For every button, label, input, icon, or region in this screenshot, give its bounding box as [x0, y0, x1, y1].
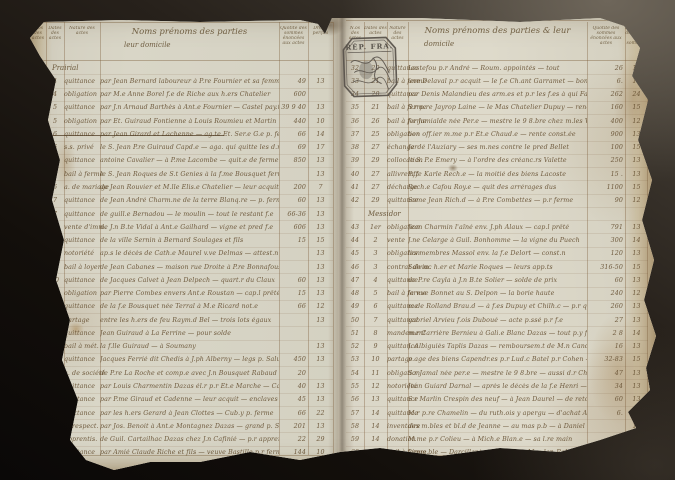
day-cell: 25 [364, 131, 387, 138]
names-cell: ben off.ier m.me p.r Et.e Chaud.e — rent… [408, 131, 587, 138]
day-cell: 27 [364, 171, 387, 178]
column-header-nature: Nature des actes [64, 26, 100, 59]
nature-cell: notoriété [64, 250, 100, 257]
nature-cell: quittance [64, 211, 100, 218]
duty-cell: 13 [308, 317, 333, 324]
sum-cell: 201 [279, 423, 308, 430]
nature-cell: décharge [387, 184, 408, 191]
day-cell: 27 [364, 144, 387, 151]
duty-cell: 13 [308, 356, 333, 363]
nature-cell: quittance [387, 303, 408, 310]
row-number-cell: 40 [346, 171, 364, 178]
register-row: 5814inventairedes m.bles et bl.d de Jean… [346, 420, 648, 433]
register-row: 2817apprentis.de Guil. Cartailhac Dazas … [30, 433, 333, 446]
duty-cell: 15 [625, 184, 648, 191]
nature-cell: a. de mariage [64, 184, 100, 191]
nature-cell: obligation [387, 370, 408, 377]
day-cell: 5 [364, 290, 387, 297]
duty-cell: 13 [308, 264, 333, 271]
sum-cell: 1100 [587, 184, 625, 191]
row-number-cell: 57 [346, 410, 364, 417]
sum-cell: 6. [587, 410, 625, 417]
names-cell: par Jean Bernard laboureur à P.re Fourni… [100, 78, 279, 85]
duty-cell: 13 [625, 303, 648, 310]
day-cell: 29 [364, 197, 387, 204]
register-row: 24obligationpar M.e Anne Borel f.e de Ri… [30, 89, 333, 102]
duty-cell: 13 [625, 383, 648, 390]
names-cell: de Guil. Cartailhac Dazas chez J.n Cafin… [100, 436, 279, 443]
row-number-cell: 46 [346, 264, 364, 271]
month-subheader-row: Prairial [30, 62, 333, 75]
names-cell: Jean Guiard Darnal — après le décès de l… [408, 383, 587, 390]
duty-cell: 12 [308, 303, 333, 310]
duty-cell: 12 [625, 290, 648, 297]
duty-cell: 29 [308, 436, 333, 443]
names-cell: par Denis Malandieu des arm.es et p.r le… [408, 91, 587, 98]
sum-cell: 15 [279, 290, 308, 297]
register-row: 5714quittanceM.r p.re Chamelin — du ruth… [346, 407, 648, 420]
sum-cell: 400 [587, 118, 625, 125]
names-cell: gabriel Arvieu f.ois Duboué — acte p.ssé… [408, 317, 587, 324]
sum-cell: 144 [279, 449, 308, 456]
names-cell: de Jean Cabanes — maison rue Droite à P.… [100, 264, 279, 271]
sum-cell: 47 [587, 370, 625, 377]
sum-cell: 66 [279, 131, 308, 138]
sum-cell: 450 [279, 356, 308, 363]
names-cell: S.r p.re Jayrop Laine — le Mas Chatelier… [408, 104, 587, 111]
table-top-rule [30, 22, 333, 23]
sum-cell: 45 [279, 396, 308, 403]
register-row: 529quittanceJ. Albiguiès Taplis Dazas — … [346, 341, 648, 354]
row-number-cell: 53 [346, 356, 364, 363]
register-row: 76quittanceantoine Cavalier — à P.me Lac… [30, 155, 333, 168]
row-number-cell: 45 [346, 250, 364, 257]
duty-cell: 13 [308, 290, 333, 297]
duty-cell: 13 [308, 104, 333, 111]
nature-cell: quittance [64, 104, 100, 111]
duty-cell: 13 [308, 396, 333, 403]
names-cell: J. Albiguiès Taplis Dazas — remboursem.t… [408, 343, 587, 350]
nature-cell: collocation [387, 157, 408, 164]
register-row: 5310partagep.age des biens Capendr.es p.… [346, 354, 648, 367]
sum-cell: 90 [587, 197, 625, 204]
names-cell: de Jacques Calvet à Jean Delpech — quart… [100, 277, 279, 284]
day-cell: 9 [364, 343, 387, 350]
sum-cell: 15 . [587, 171, 625, 178]
sum-cell: 200 [279, 184, 308, 191]
nature-cell: quittance [387, 396, 408, 403]
day-cell: 14 [364, 423, 387, 430]
names-cell: Some Jean Rich.d — à P.re Combettes — p.… [408, 197, 587, 204]
register-row: 507quittancegabriel Arvieu f.ois Duboué … [346, 314, 648, 327]
names-cell: Jean Charmin l'aîné env. J.ph Alaux — ca… [408, 224, 587, 231]
names-cell: Jacques Ferrié dit Chedis à J.ph Alberny… [100, 356, 279, 363]
nature-cell: quittance [387, 197, 408, 204]
sum-cell: 6. [587, 78, 625, 85]
names-cell: par Louis Charmentin Dazas él.r p.r Et.e… [100, 383, 279, 390]
sum-cell: 66 [279, 410, 308, 417]
names-cell: Lestefou p.r André — Roum. appointés — t… [408, 65, 587, 72]
names-cell: par Pierre Combes envers Ant.e Roustan —… [100, 290, 279, 297]
row-number-cell: 36 [346, 118, 364, 125]
names-cell: J.ne Celarge à Guil. Bonhomme — la vigne… [408, 237, 587, 244]
month-label: Prairial [52, 64, 78, 72]
day-cell: 3 [364, 250, 387, 257]
register-row: 2011quittanceJean Guiraud à La Ferrine —… [30, 327, 333, 340]
column-header-names: Noms prénoms des parties & leur [408, 26, 587, 38]
sum-cell: 260 [587, 303, 625, 310]
sum-cell: 262 [587, 91, 625, 98]
row-number-cell: 47 [346, 277, 364, 284]
column-header-sums: Quotité des sommes énoncées aux actes [587, 26, 625, 59]
nature-cell: quittance [64, 356, 100, 363]
register-row: 4127déchargeRech.e Cafou Roy.e — quit de… [346, 181, 648, 194]
duty-cell: 17 [308, 144, 333, 151]
day-cell: 11 [364, 370, 387, 377]
duty-cell: 15 [625, 356, 648, 363]
names-cell: le S. Jean Roques de S.t Genies à la f.m… [100, 171, 279, 178]
duty-cell: 15 [625, 264, 648, 271]
nature-cell: bail à loyer [64, 264, 100, 271]
row-number-cell: 59 [346, 436, 364, 443]
register-row: 138quittancede la ville Sernin à Bernard… [30, 234, 333, 247]
register-row: 2212quittanceJacques Ferrié dit Chedis à… [30, 354, 333, 367]
sum-cell: 32-83 [587, 356, 625, 363]
day-cell: 13 [364, 396, 387, 403]
sum-cell: 27 [587, 317, 625, 324]
nature-cell: inventaire [387, 423, 408, 430]
register-row: 2312a. de sociétéde P.re La Roche et com… [30, 367, 333, 380]
nature-cell: quittance [64, 277, 100, 284]
sum-cell: 606 [279, 224, 308, 231]
duty-cell: 14 [625, 237, 648, 244]
names-cell: m.r Carrière Bernieu à Gali.e Blanc Daza… [408, 330, 587, 337]
register-row: 45obligationpar Et. Guiraud Fontienne à … [30, 115, 333, 128]
register-row: 1810quittancede la f.e Bousquet née Terr… [30, 301, 333, 314]
names-cell: la f.lle Guiraud — à Soumany [100, 343, 279, 350]
nature-cell: quittance [387, 343, 408, 350]
names-cell: antoine Cavalier — à P.me Lacombe — quit… [100, 157, 279, 164]
duty-cell: 13 [625, 277, 648, 284]
day-cell: 14 [364, 410, 387, 417]
register-row: 5613quittanceS.r Marlin Crespin des neuf… [346, 394, 648, 407]
register-row: 3827échangefardé l'Auziary — ses m.nes c… [346, 142, 648, 155]
names-cell: Rech.e Cafou Roy.e — quit des arrérages … [408, 184, 587, 191]
register-row: 149notoriétéap.s le décès de Cath.e Maur… [30, 248, 333, 261]
names-cell: de guill.e Bernadou — le moulin — tout l… [100, 211, 279, 218]
row-number-cell: 42 [346, 197, 364, 204]
names-cell: de Jean Rouvier et M.lle Élis.e Chatelie… [100, 184, 279, 191]
duty-cell: 22 [308, 410, 333, 417]
names-cell: de Jean André Charm.ne de la terre Blanq… [100, 197, 279, 204]
month-label: Messidor [368, 210, 401, 218]
row-number-cell: 38 [346, 144, 364, 151]
duty-cell: 13 [625, 250, 648, 257]
nature-cell: contrat de m. [387, 264, 408, 271]
revenue-stamp: RÉP. FRA. [341, 35, 399, 99]
duty-cell: 13 [308, 197, 333, 204]
nature-cell: obligation [387, 250, 408, 257]
row-number-cell: 43 [346, 224, 364, 231]
duty-cell: 13 [308, 78, 333, 85]
sum-cell: 316-50 [587, 264, 625, 271]
names-cell: fardé l'Auziary — ses m.nes contre le pr… [408, 144, 587, 151]
register-row: 442venteJ.ne Celarge à Guil. Bonhomme — … [346, 234, 648, 247]
sum-cell: 600 [279, 91, 308, 98]
names-cell: de la ville Sernin à Bernard Soulages et… [100, 237, 279, 244]
row-number-cell: 41 [346, 184, 364, 191]
names-cell: entre les h.ers de feu Raym.d Bel — troi… [100, 317, 279, 324]
sum-cell: 20 [279, 370, 308, 377]
register-row: 3521bail à fermeS.r p.re Jayrop Laine — … [346, 102, 648, 115]
names-cell: de la f.e Bousquet née Terral à M.e Rica… [100, 303, 279, 310]
row-number-cell: 37 [346, 131, 364, 138]
nature-cell: notoriété [387, 383, 408, 390]
nature-cell: quittance [64, 237, 100, 244]
duty-cell: 13 [308, 277, 333, 284]
nature-cell: quittance [64, 197, 100, 204]
nature-cell: obligation [387, 131, 408, 138]
row-number-cell: 55 [346, 383, 364, 390]
row-number-cell: 44 [346, 237, 364, 244]
register-row: 66s.s. privéle S. Jean P.re Guiraud Capd… [30, 142, 333, 155]
header-bottom-rule [30, 60, 333, 61]
names-cell: M.me p.r Colieu — à Mich.e Blan.e — sa l… [408, 436, 587, 443]
sum-cell: 60 [279, 197, 308, 204]
nature-cell: quittance [387, 317, 408, 324]
nature-cell: quittance [387, 410, 408, 417]
month-subheader-row: Messidor [346, 208, 648, 221]
stamp-graphic: RÉP. FRA. [341, 35, 399, 99]
sum-cell: 440 [279, 118, 308, 125]
register-row: 431erobligationJean Charmin l'aîné env. … [346, 221, 648, 234]
day-cell: 3 [364, 264, 387, 271]
names-cell: ap.s le décès de Cath.e Maurel v.ve Delm… [100, 250, 279, 257]
nature-cell: partage [387, 356, 408, 363]
sum-cell: 69 [279, 144, 308, 151]
duty-cell: 13 [308, 157, 333, 164]
nature-cell: quittance [64, 303, 100, 310]
row-number-cell: 35 [346, 104, 364, 111]
nature-cell: bail à ferme [387, 290, 408, 297]
register-row: 518mandementm.r Carrière Bernieu à Gali.… [346, 327, 648, 340]
day-cell: 7 [364, 317, 387, 324]
duty-cell: 13 [308, 250, 333, 257]
register-row: 2413quittancepar Louis Charmentin Dazas … [30, 380, 333, 393]
names-cell: par les h.ers Gerard à Jean Clottes — Cu… [100, 410, 279, 417]
row-number-cell: 48 [346, 290, 364, 297]
names-cell: par P.me Giraud et Cadenne — leur acquit… [100, 396, 279, 403]
day-cell: 29 [364, 157, 387, 164]
duty-cell: 15 [625, 104, 648, 111]
nature-cell: quittance [64, 78, 100, 85]
day-cell: 27 [364, 184, 387, 191]
row-number-cell: 56 [346, 396, 364, 403]
register-row: 463contrat de m.Salviac h.er et Marie Ro… [346, 261, 648, 274]
sum-cell: 60 [279, 277, 308, 284]
duty-cell: 13 [308, 224, 333, 231]
row-number-cell: 51 [346, 330, 364, 337]
strike-line [32, 135, 224, 136]
duty-cell: 13 [625, 343, 648, 350]
duty-cell: 13 [625, 317, 648, 324]
nature-cell: obligation [64, 91, 100, 98]
register-row: 5512notoriétéJean Guiard Darnal — après … [346, 380, 648, 393]
register-row: 2716a. respect.par Jos. Benoit à Ant.e M… [30, 420, 333, 433]
sum-cell: 49 [279, 78, 308, 85]
names-cell: f.e Jamialde née Per.e — mestre le 9 8.b… [408, 118, 587, 125]
names-cell: par Et. Guiraud Fontienne à Louis Roumie… [100, 118, 279, 125]
row-number-cell: 50 [346, 317, 364, 324]
names-cell: la v.ve Bonnet au S. Delpon — la borie h… [408, 290, 587, 297]
names-cell: les membres Massol env. la f.e Delort — … [408, 250, 587, 257]
column-header-names: Noms prénoms des parties [100, 27, 279, 39]
names-cell: une Delaval p.r acquit — le f.e Ch.ant G… [408, 78, 587, 85]
day-cell: 6 [364, 303, 387, 310]
duty-cell: 13 [625, 171, 648, 178]
day-cell: 14 [364, 436, 387, 443]
names-cell: de P.re La Roche et comp.e avec J.n Bous… [100, 370, 279, 377]
register-row: 2111bail à mét.la f.lle Guiraud — à Soum… [30, 341, 333, 354]
duty-cell: 13 [625, 370, 648, 377]
column-header-duties: Droits perçus [308, 26, 333, 59]
duty-cell: 13 [308, 171, 333, 178]
names-cell: des m.bles et bl.d de Jeanne — au mas p.… [408, 423, 587, 430]
sum-cell: 60 [587, 396, 625, 403]
duty-cell: 13 [308, 211, 333, 218]
nature-cell: donation [387, 436, 408, 443]
names-cell: par J.n Arnaud Barthès à Ant.e Fournier … [100, 104, 279, 111]
names-cell: P.ffe Karle Rech.e — la moitié des biens… [408, 171, 587, 178]
nature-cell: bail à mét. [64, 343, 100, 350]
register-row: 3626bail à fermef.e Jamialde née Per.e —… [346, 115, 648, 128]
duty-cell: 13 [308, 383, 333, 390]
register-row: 128vente d'imm.de J.n B.te Vidal à Ant.e… [30, 221, 333, 234]
nature-cell: bail à ferme [387, 104, 408, 111]
sum-cell: 60 [587, 277, 625, 284]
day-cell: 10 [364, 356, 387, 363]
day-cell: 8 [364, 330, 387, 337]
register-row: 4027allivrem.tP.ffe Karle Rech.e — la mo… [346, 168, 648, 181]
duty-cell: 12 [625, 197, 648, 204]
column-header-names-line2: domicile [424, 40, 454, 48]
register-row: 1910partageentre les h.ers de feu Raym.d… [30, 314, 333, 327]
nature-cell: échange [387, 144, 408, 151]
day-cell: 21 [364, 104, 387, 111]
register-row: 485bail à fermela v.ve Bonnet au S. Delp… [346, 288, 648, 301]
sum-cell: 39 9 40 [279, 104, 308, 111]
nature-cell: vente [387, 237, 408, 244]
nature-cell: mandement [387, 330, 408, 337]
nature-cell: quittance [64, 157, 100, 164]
sum-cell: 40 [279, 383, 308, 390]
nature-cell: obligation [64, 290, 100, 297]
names-cell: S.r Marlin Crespin des neuf — à Jean Dau… [408, 396, 587, 403]
nature-cell: s.s. privé [64, 144, 100, 151]
register-row: 4229quittanceSome Jean Rich.d — à P.re C… [346, 195, 648, 208]
day-cell: 4 [364, 277, 387, 284]
nature-cell: a. de société [64, 370, 100, 377]
day-cell: 12 [364, 383, 387, 390]
column-header-dates: Dates des actes [46, 26, 64, 59]
duty-cell: 13 [308, 423, 333, 430]
names-cell: de J.n B.te Vidal à Ant.e Gailhard — vig… [100, 224, 279, 231]
register-row: 5411obligationS.r Jamal née per.e — mest… [346, 367, 648, 380]
names-cell: p.age des biens Capendr.es p.r Lud.c Bat… [408, 356, 587, 363]
register-row: 96a. de mariagede Jean Rouvier et M.lle … [30, 181, 333, 194]
sum-cell: 22 [279, 436, 308, 443]
sum-cell: 850 [279, 157, 308, 164]
nature-cell: allivrem.t [387, 171, 408, 178]
sum-cell: 2 8 [587, 330, 625, 337]
row-number-cell: 49 [346, 303, 364, 310]
row-number-cell: 39 [346, 157, 364, 164]
sum-cell: 15 [279, 237, 308, 244]
sum-cell: 300 [587, 237, 625, 244]
register-row: 56quittancepar Jean Girard et Lachenne —… [30, 128, 333, 141]
nature-cell: obligation [387, 224, 408, 231]
names-cell: le S. P.e Emery — à l'ordre des créanc.r… [408, 157, 587, 164]
register-row: 3929collocationle S. P.e Emery — à l'ord… [346, 155, 648, 168]
sum-cell: 240 [587, 290, 625, 297]
register-row: 1610quittancede Jacques Calvet à Jean De… [30, 274, 333, 287]
row-number-cell: 54 [346, 370, 364, 377]
register-row: 496quittancem.de Rolland Brau.d — à f.es… [346, 301, 648, 314]
sum-cell: 791 [587, 224, 625, 231]
names-cell: le S. Jean P.re Guiraud Capd.e — aga. qu… [100, 144, 279, 151]
nature-cell: bail à ferme [387, 118, 408, 125]
duty-cell: 15 [308, 237, 333, 244]
register-row: 159bail à loyerde Jean Cabanes — maison … [30, 261, 333, 274]
names-cell: par Jos. Benoit à Ant.e Montagnez Dazas … [100, 423, 279, 430]
sum-cell: 120 [587, 250, 625, 257]
sum-cell: 160 [587, 104, 625, 111]
names-cell: m.de Rolland Brau.d — à f.es Dupuy et Ch… [408, 303, 587, 310]
day-cell: 2 [364, 237, 387, 244]
register-row: 474quittancede P.re Cayla à J.n B.te Sol… [346, 274, 648, 287]
names-cell: par M.e Anne Borel f.e de Riche aux h.er… [100, 91, 279, 98]
right-page-rows: 3220quittanceLestefou p.r André — Roum. … [346, 62, 648, 456]
row-number-cell: 52 [346, 343, 364, 350]
register-row: 453obligationles membres Massol env. la … [346, 248, 648, 261]
column-header-names-line2: leur domicile [124, 41, 171, 49]
sum-cell: 26 [587, 65, 625, 72]
sum-cell: 250 [587, 157, 625, 164]
register-row: 117quittancede guill.e Bernadou — le mou… [30, 208, 333, 221]
sum-cell: 34 [587, 383, 625, 390]
sum-cell: 16 [587, 343, 625, 350]
sum-cell: 100 [587, 144, 625, 151]
register-row: 14quittancepar Jean Bernard laboureur à … [30, 75, 333, 88]
nature-cell: vente d'imm. [64, 224, 100, 231]
register-row: 107quittancede Jean André Charm.ne de la… [30, 195, 333, 208]
stamp-text: RÉP. FRA. [345, 41, 393, 52]
nature-cell: quittance [387, 277, 408, 284]
duty-cell: 14 [308, 131, 333, 138]
nature-cell: obligation [64, 118, 100, 125]
names-cell: M.r p.re Chamelin — du ruth.ois y apergu… [408, 410, 587, 417]
register-row: 1710obligationpar Pierre Combes envers A… [30, 288, 333, 301]
names-cell: Salviac h.er et Marie Roques — leurs app… [408, 264, 587, 271]
duty-cell: 10 [308, 118, 333, 125]
register-row: 86bail à fermele S. Jean Roques de S.t G… [30, 168, 333, 181]
sum-cell: 66 [279, 303, 308, 310]
column-rule [333, 22, 334, 455]
nature-cell: quittance [64, 330, 100, 337]
register-spread: N.os des actes Dates des actes Nature de… [28, 14, 658, 472]
duty-cell: 7 [308, 184, 333, 191]
sum-cell: 66-36 [279, 211, 308, 218]
